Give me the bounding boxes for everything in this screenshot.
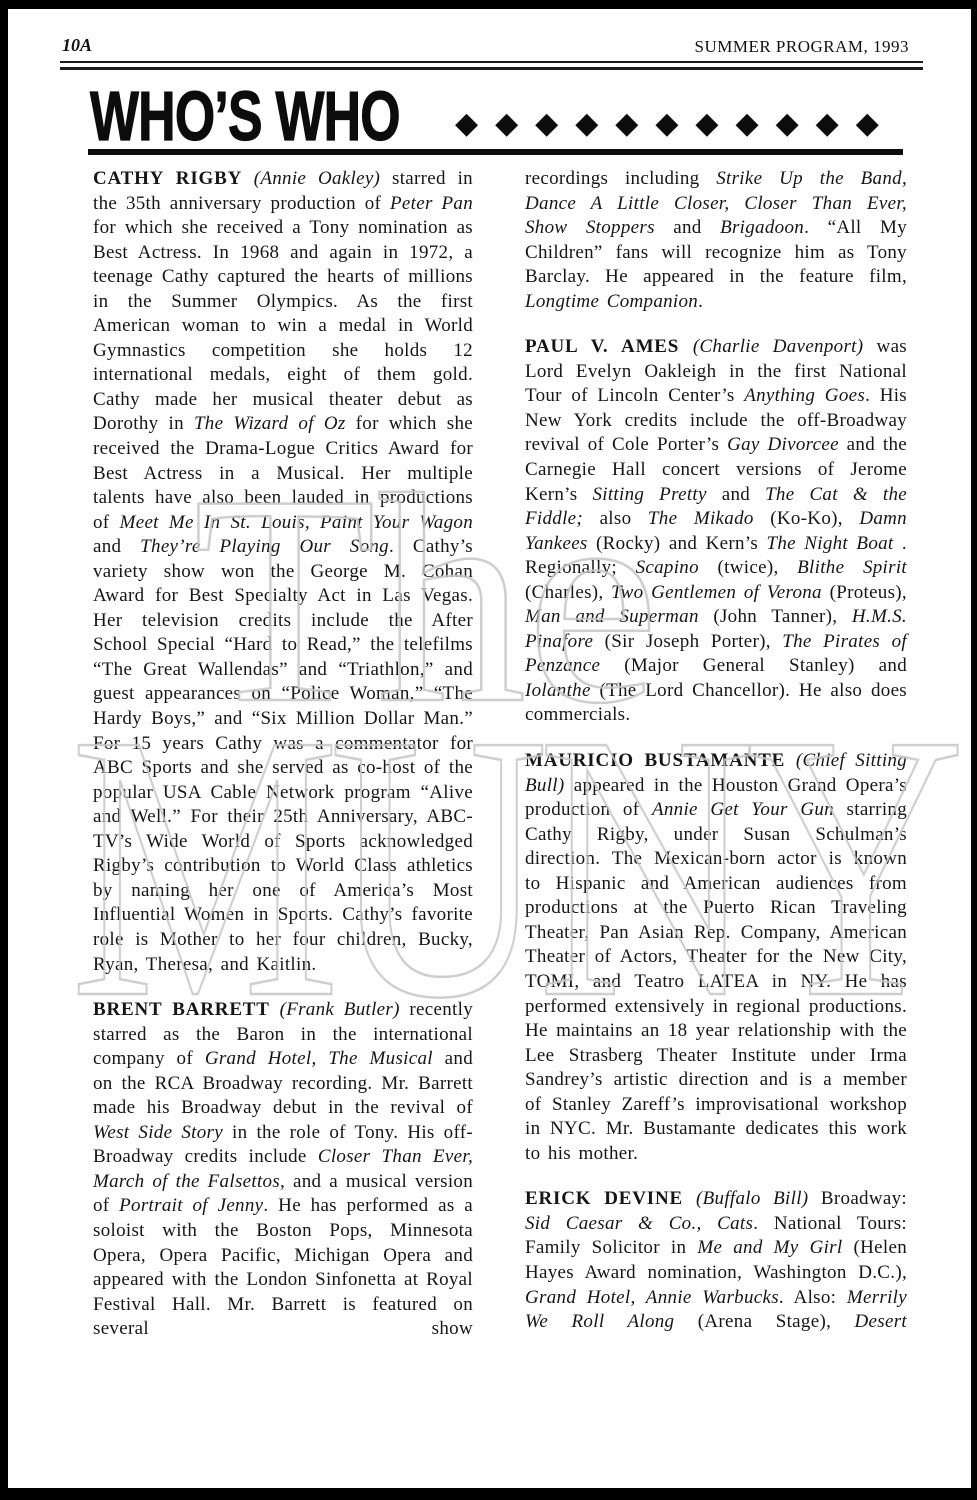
scanned-program-page: { "page": { "page_number": "10A", "heade… bbox=[0, 0, 977, 1500]
bio-cathy-rigby: CATHY RIGBY (Annie Oakley) starred in th… bbox=[93, 167, 473, 977]
page-number: 10A bbox=[62, 35, 92, 56]
bio-paul-v-ames: PAUL V. AMES (Charlie Davenport) was Lor… bbox=[525, 335, 907, 728]
program-page: 10A SUMMER PROGRAM, 1993 WHO’S WHO ◆◆◆◆◆… bbox=[8, 9, 971, 1488]
left-column: CATHY RIGBY (Annie Oakley) starred in th… bbox=[93, 167, 473, 1342]
bio-brent-barrett: BRENT BARRETT (Frank Butler) recently st… bbox=[93, 998, 473, 1342]
page-title: WHO’S WHO bbox=[90, 81, 400, 151]
bio-barrett-continued: recordings including Strike Up the Band,… bbox=[525, 167, 907, 314]
right-column: recordings including Strike Up the Band,… bbox=[525, 167, 907, 1335]
bio-mauricio-bustamante: MAURICIO BUSTAMANTE (Chief Sitting Bull)… bbox=[525, 749, 907, 1166]
title-rule bbox=[88, 149, 903, 155]
diamond-icon-row: ◆◆◆◆◆◆◆◆◆◆◆ bbox=[455, 109, 896, 139]
header-publication: SUMMER PROGRAM, 1993 bbox=[694, 37, 909, 57]
header-double-rule bbox=[60, 61, 923, 70]
bio-erick-devine: ERICK DEVINE (Buffalo Bill) Broadway: Si… bbox=[525, 1187, 907, 1334]
